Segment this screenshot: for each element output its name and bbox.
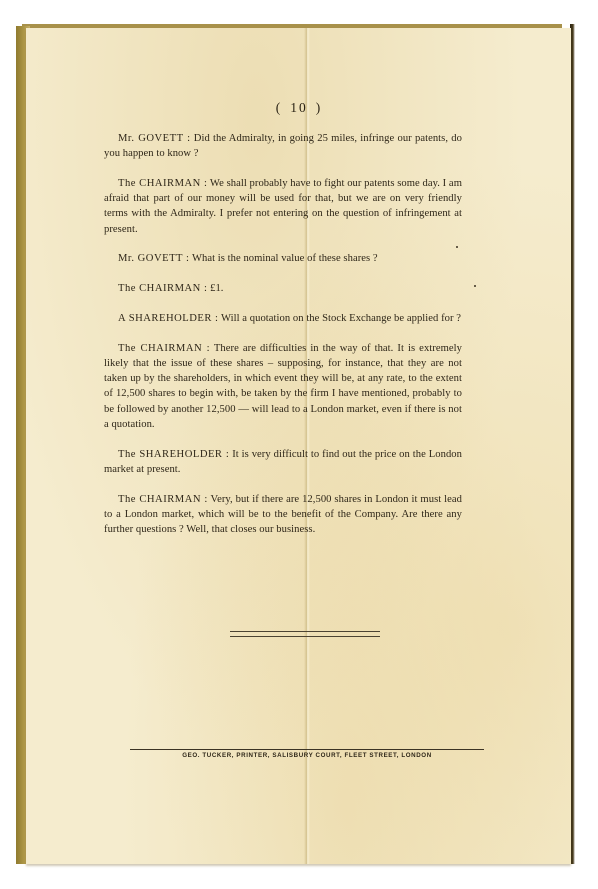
transcript-paragraph: A SHAREHOLDER : Will a quotation on the … [104, 311, 462, 326]
ink-speck [456, 246, 458, 248]
page-number-close-paren: ) [316, 100, 323, 115]
transcript-paragraph: The CHAIRMAN : We shall probably have to… [104, 176, 462, 237]
ink-speck [474, 285, 476, 287]
page-number: (10) [0, 100, 598, 116]
paragraph-text: What is the nominal value of these share… [189, 253, 377, 264]
paragraph-text: £1. [207, 283, 223, 294]
transcript-paragraph: The CHAIRMAN : Very, but if there are 12… [104, 492, 462, 538]
paragraph-text: There are difficulties in the way of tha… [104, 343, 462, 430]
speaker-label: The CHAIRMAN : [118, 343, 210, 354]
transcript-paragraph: Mr. GOVETT : Did the Admiralty, in going… [104, 131, 462, 161]
transcript-paragraph: The CHAIRMAN : There are difficulties in… [104, 341, 462, 432]
transcript-paragraph: Mr. GOVETT : What is the nominal value o… [104, 251, 462, 266]
footer-rule [130, 749, 484, 750]
speaker-label: Mr. GOVETT : [118, 253, 189, 264]
transcript-body: Mr. GOVETT : Did the Admiralty, in going… [104, 131, 462, 552]
paragraph-text: Will a quotation on the Stock Exchange b… [219, 313, 462, 324]
speaker-label: The CHAIRMAN : [118, 283, 207, 294]
speaker-label: The CHAIRMAN : [118, 494, 208, 505]
transcript-paragraph: The CHAIRMAN : £1. [104, 281, 462, 296]
printer-imprint: GEO. TUCKER, PRINTER, SALISBURY COURT, F… [130, 752, 484, 759]
speaker-label: The SHAREHOLDER : [118, 449, 229, 460]
transcript-paragraph: The SHAREHOLDER : It is very difficult t… [104, 447, 462, 477]
end-of-text-double-rule [230, 631, 380, 637]
speaker-label: Mr. GOVETT : [118, 133, 191, 144]
page-number-value: 10 [282, 100, 316, 115]
speaker-label: A SHAREHOLDER : [118, 313, 219, 324]
speaker-label: The CHAIRMAN : [118, 178, 207, 189]
